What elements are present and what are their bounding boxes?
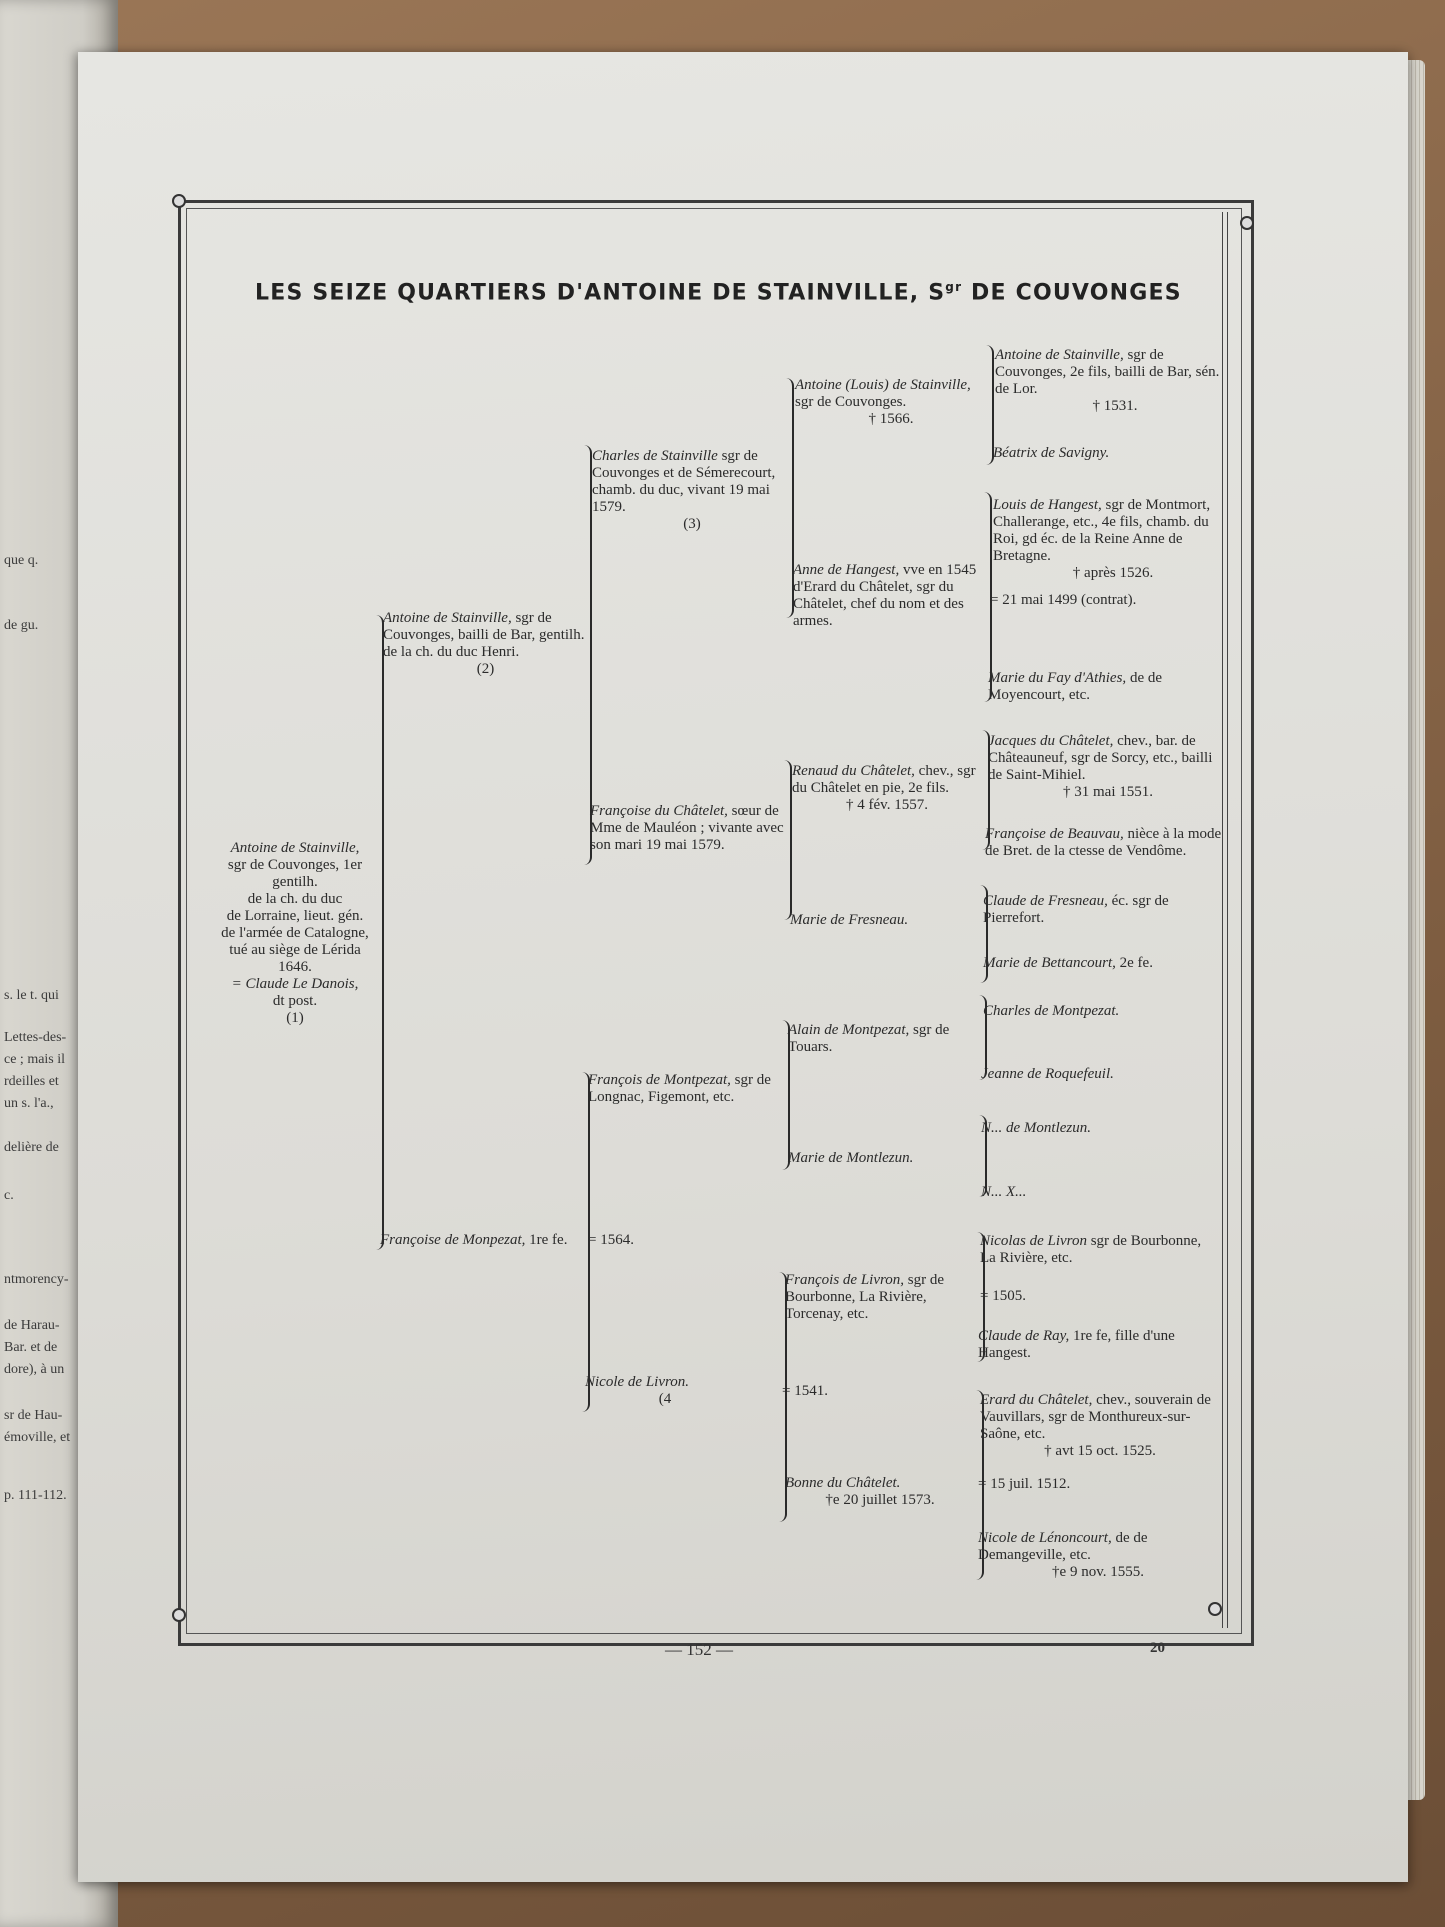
brace-gen2 (580, 445, 592, 865)
gen4-entry: Antoine (Louis) de Stainville, sgr de Co… (795, 377, 987, 428)
gen3-entry: Charles de Stainville sgr de Couvonges e… (592, 448, 792, 533)
death-date: † 31 mai 1551. (988, 784, 1228, 801)
entry-text: 2e fe. (1116, 955, 1153, 971)
gen4-entry: Anne de Hangest, vve en 1545 d'Erard du … (793, 562, 985, 630)
reference-number: (4 (585, 1391, 745, 1408)
person-name: Béatrix de Savigny. (993, 445, 1109, 461)
marriage-note: = 21 mai 1499 (contrat). (990, 592, 1136, 609)
brace-gen2 (578, 1072, 590, 1412)
gen5-entry: Antoine de Stainville, sgr de Couvonges,… (995, 347, 1235, 415)
person-name: François de Livron, (785, 1272, 904, 1288)
gen5-entry: Françoise de Beauvau, nièce à la mode de… (985, 826, 1225, 860)
gen1-entry: Antoine de Stainville, sgr de Couvonges,… (205, 840, 385, 1027)
page-number: — 152 — (665, 1640, 733, 1660)
left-page-text: Bar. et de (4, 1340, 57, 1356)
left-page-text: Lettes-des- (4, 1030, 66, 1046)
left-page-text: sr de Hau- (4, 1408, 62, 1424)
person-name: Marie du Fay d'Athies, (988, 670, 1126, 686)
gen5-entry: Jacques du Châtelet, chev., bar. de Chât… (988, 733, 1228, 801)
person-name: Antoine de Stainville, (995, 347, 1124, 363)
entry-line: 1646. (205, 959, 385, 976)
gen5-entry: Louis de Hangest, sgr de Montmort, Chall… (993, 497, 1233, 582)
person-name: Bonne du Châtelet. (785, 1475, 900, 1491)
person-name: Françoise de Monpezat, (380, 1232, 525, 1248)
gen5-entry: Nicolas de Livron sgr de Bourbonne, La R… (980, 1233, 1220, 1267)
left-page-text: que q. (4, 553, 38, 569)
person-name: Claude de Ray, (978, 1328, 1069, 1344)
death-date: † après 1526. (993, 565, 1233, 582)
person-name: Charles de Montpezat. (983, 1003, 1119, 1019)
person-name: N... X... (981, 1184, 1026, 1200)
title-main: LES SEIZE QUARTIERS D'ANTOINE DE STAINVI… (255, 280, 945, 305)
person-name: Claude de Fresneau, (983, 893, 1108, 909)
spouse-name: = Claude Le Danois, (205, 976, 385, 993)
person-name: Nicole de Lénoncourt, (978, 1530, 1112, 1546)
person-name: Marie de Fresneau. (790, 912, 908, 928)
gen2-entry: Antoine de Stainville, sgr de Couvonges,… (383, 610, 588, 678)
signature-mark: 20 (1150, 1640, 1165, 1657)
left-page-text: de Harau- (4, 1318, 60, 1334)
person-name: Marie de Bettancourt, (983, 955, 1116, 971)
marriage-note: = 1541. (782, 1383, 828, 1400)
person-name: François de Montpezat, (588, 1072, 731, 1088)
gen5-entry: Nicole de Lénoncourt, de de Demangeville… (978, 1530, 1218, 1581)
death-date: † 4 fév. 1557. (792, 797, 982, 814)
gen4-entry: François de Livron, sgr de Bourbonne, La… (785, 1272, 975, 1323)
marriage-note: = 1505. (980, 1288, 1026, 1305)
death-date: † 1566. (795, 411, 987, 428)
left-page-text: c. (4, 1188, 14, 1204)
person-name: Erard du Châtelet, (980, 1392, 1092, 1408)
gen5-entry: Béatrix de Savigny. (993, 445, 1233, 462)
left-page-text: ce ; mais il (4, 1052, 65, 1068)
gen5-entry: Marie de Bettancourt, 2e fe. (983, 955, 1223, 972)
brace-gen1 (372, 615, 384, 1250)
gen5-entry: Jeanne de Roquefeuil. (981, 1066, 1221, 1083)
left-page-text: p. 111-112. (4, 1488, 67, 1504)
person-name: Nicolas de Livron (980, 1233, 1087, 1249)
gen4-entry: Renaud du Châtelet, chev., sgr du Châtel… (792, 763, 982, 814)
left-page-text: delière de (4, 1140, 59, 1156)
gen4-entry: Bonne du Châtelet. †e 20 juillet 1573. (785, 1475, 975, 1509)
left-page-text: un s. l'a., (4, 1096, 54, 1112)
gen5-entry: Marie du Fay d'Athies, de de Moyencourt,… (988, 670, 1228, 704)
entry-line: dt post. (205, 993, 385, 1010)
person-name: Jacques du Châtelet, (988, 733, 1113, 749)
gen4-entry: Marie de Fresneau. (790, 912, 980, 929)
person-name: Nicole de Livron. (585, 1374, 689, 1390)
gen4-entry: Marie de Montlezun. (788, 1150, 978, 1167)
death-date: †e 9 nov. 1555. (978, 1564, 1218, 1581)
left-page-text: s. le t. qui (4, 988, 59, 1004)
death-date: † 1531. (995, 398, 1235, 415)
gen5-entry: Erard du Châtelet, chev., souverain de V… (980, 1392, 1220, 1460)
person-name: Françoise du Châtelet, (590, 803, 728, 819)
gen3-entry: Françoise du Châtelet, sœur de Mme de Ma… (590, 803, 788, 854)
person-name: Alain de Montpezat, (788, 1022, 909, 1038)
death-date: † avt 15 oct. 1525. (980, 1443, 1220, 1460)
person-name: Françoise de Beauvau, (985, 826, 1124, 842)
title-tail: DE COUVONGES (962, 280, 1182, 305)
entry-line: de la ch. du duc (205, 891, 385, 908)
left-page-text: dore), à un (4, 1362, 64, 1378)
frame-corner-ornament (1240, 216, 1254, 230)
person-name: N... de Montlezun. (981, 1120, 1091, 1136)
gen3-entry: Nicole de Livron. (4 (585, 1374, 745, 1408)
gen5-entry: Charles de Montpezat. (983, 1003, 1223, 1020)
person-name: Marie de Montlezun. (788, 1150, 913, 1166)
person-name: Renaud du Châtelet, (792, 763, 915, 779)
left-page-text: émoville, et (4, 1430, 70, 1446)
reference-number: (3) (592, 516, 792, 533)
entry-line: de Lorraine, lieut. gén. (205, 908, 385, 925)
marriage-note: = 15 juil. 1512. (978, 1476, 1070, 1493)
person-name: Antoine de Stainville, (383, 610, 512, 626)
gen3-entry: François de Montpezat, sgr de Longnac, F… (588, 1072, 786, 1106)
left-page-text: rdeilles et (4, 1074, 59, 1090)
gen4-entry: Alain de Montpezat, sgr de Touars. (788, 1022, 978, 1056)
brace-gen3 (780, 760, 792, 920)
person-name: Louis de Hangest, (993, 497, 1102, 513)
person-name: Anne de Hangest, (793, 562, 899, 578)
person-name: Charles de Stainville (592, 448, 718, 464)
entry-text: 1re fe. (525, 1232, 567, 1248)
death-date: †e 20 juillet 1573. (785, 1492, 975, 1509)
left-page-text: de gu. (4, 618, 38, 634)
title-superscript: gr (945, 280, 962, 294)
entry-line: sgr de Couvonges, 1er gentilh. (205, 857, 385, 891)
gen5-entry: N... X... (981, 1184, 1221, 1201)
left-page-text: ntmorency- (4, 1272, 69, 1288)
reference-number: (1) (205, 1010, 385, 1027)
gen5-entry: N... de Montlezun. (981, 1120, 1221, 1137)
marriage-note: = 1564. (588, 1232, 634, 1249)
entry-text: sgr de Couvonges. (795, 394, 906, 410)
reference-number: (2) (383, 661, 588, 678)
entry-line: tué au siège de Lérida (205, 942, 385, 959)
frame-corner-ornament (172, 194, 186, 208)
page-title: LES SEIZE QUARTIERS D'ANTOINE DE STAINVI… (255, 280, 1195, 305)
person-name: Jeanne de Roquefeuil. (981, 1066, 1114, 1082)
person-name: Antoine (Louis) de Stainville, (795, 377, 971, 393)
frame-corner-ornament (172, 1608, 186, 1622)
frame-corner-ornament (1208, 1602, 1222, 1616)
person-name: Antoine de Stainville, (205, 840, 385, 857)
entry-line: de l'armée de Catalogne, (205, 925, 385, 942)
gen2-entry: Françoise de Monpezat, 1re fe. (380, 1232, 590, 1249)
gen5-entry: Claude de Fresneau, éc. sgr de Pierrefor… (983, 893, 1223, 927)
gen5-entry: Claude de Ray, 1re fe, fille d'une Hange… (978, 1328, 1218, 1362)
